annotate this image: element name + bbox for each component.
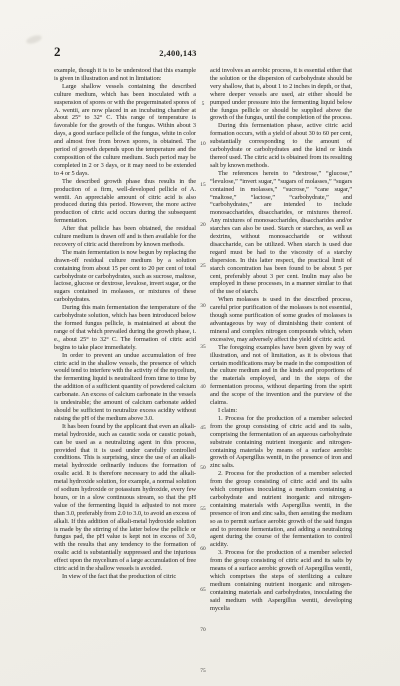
line-number: 45 xyxy=(196,391,210,432)
line-number: 55 xyxy=(196,472,210,513)
line-number-gutter: 5 10 15 20 25 30 35 40 45 50 55 60 65 70… xyxy=(196,67,210,675)
line-number: 50 xyxy=(196,432,210,473)
line-number: 35 xyxy=(196,310,210,351)
paragraph: During this main fermentation the temper… xyxy=(54,304,196,351)
paragraph: The foregoing examples have been given b… xyxy=(210,344,352,407)
patent-page-scan: 2 2,400,143 example, though it is to be … xyxy=(0,0,400,686)
page-header: 2 2,400,143 xyxy=(0,0,400,67)
left-column: example, though it is to be understood t… xyxy=(54,67,196,675)
paragraph: During this fermentation phase, active c… xyxy=(210,122,352,169)
line-number: 15 xyxy=(196,148,210,189)
paragraph: The main fermentation is now begun by re… xyxy=(54,249,196,304)
line-number: 30 xyxy=(196,270,210,311)
line-number: 70 xyxy=(196,594,210,635)
patent-number: 2,400,143 xyxy=(0,48,356,58)
right-column: acid involves an aerobic process, it is … xyxy=(210,67,352,675)
line-number: 65 xyxy=(196,553,210,594)
paragraph: When molasses is used in the described p… xyxy=(210,296,352,343)
paragraph: Large shallow vessels containing the des… xyxy=(54,83,196,178)
paragraph: acid involves an aerobic process, it is … xyxy=(210,67,352,122)
claim-3: 3. Process for the production of a membe… xyxy=(210,549,352,612)
paragraph: In order to prevent an undue accumulatio… xyxy=(54,352,196,423)
paragraph: The references herein to “dextrose,” “gl… xyxy=(210,170,352,297)
line-number: 5 xyxy=(196,67,210,108)
line-number: 20 xyxy=(196,189,210,230)
line-number: 60 xyxy=(196,513,210,554)
line-number: 40 xyxy=(196,351,210,392)
two-column-text: example, though it is to be understood t… xyxy=(0,67,400,675)
line-number: 25 xyxy=(196,229,210,270)
paragraph: It has been found by the applicant that … xyxy=(54,423,196,573)
paragraph: example, though it is to be understood t… xyxy=(54,67,196,83)
paragraph: In view of the fact that the production … xyxy=(54,573,196,581)
line-number: 10 xyxy=(196,108,210,149)
claim-1: 1. Process for the production of a membe… xyxy=(210,415,352,470)
paragraph: After that pellicle has been obtained, t… xyxy=(54,225,196,249)
claims-heading: I claim: xyxy=(210,407,352,415)
claim-2: 2. Process for the production of a membe… xyxy=(210,470,352,549)
paragraph: The described growth phase thus results … xyxy=(54,178,196,225)
line-number: 75 xyxy=(196,634,210,675)
